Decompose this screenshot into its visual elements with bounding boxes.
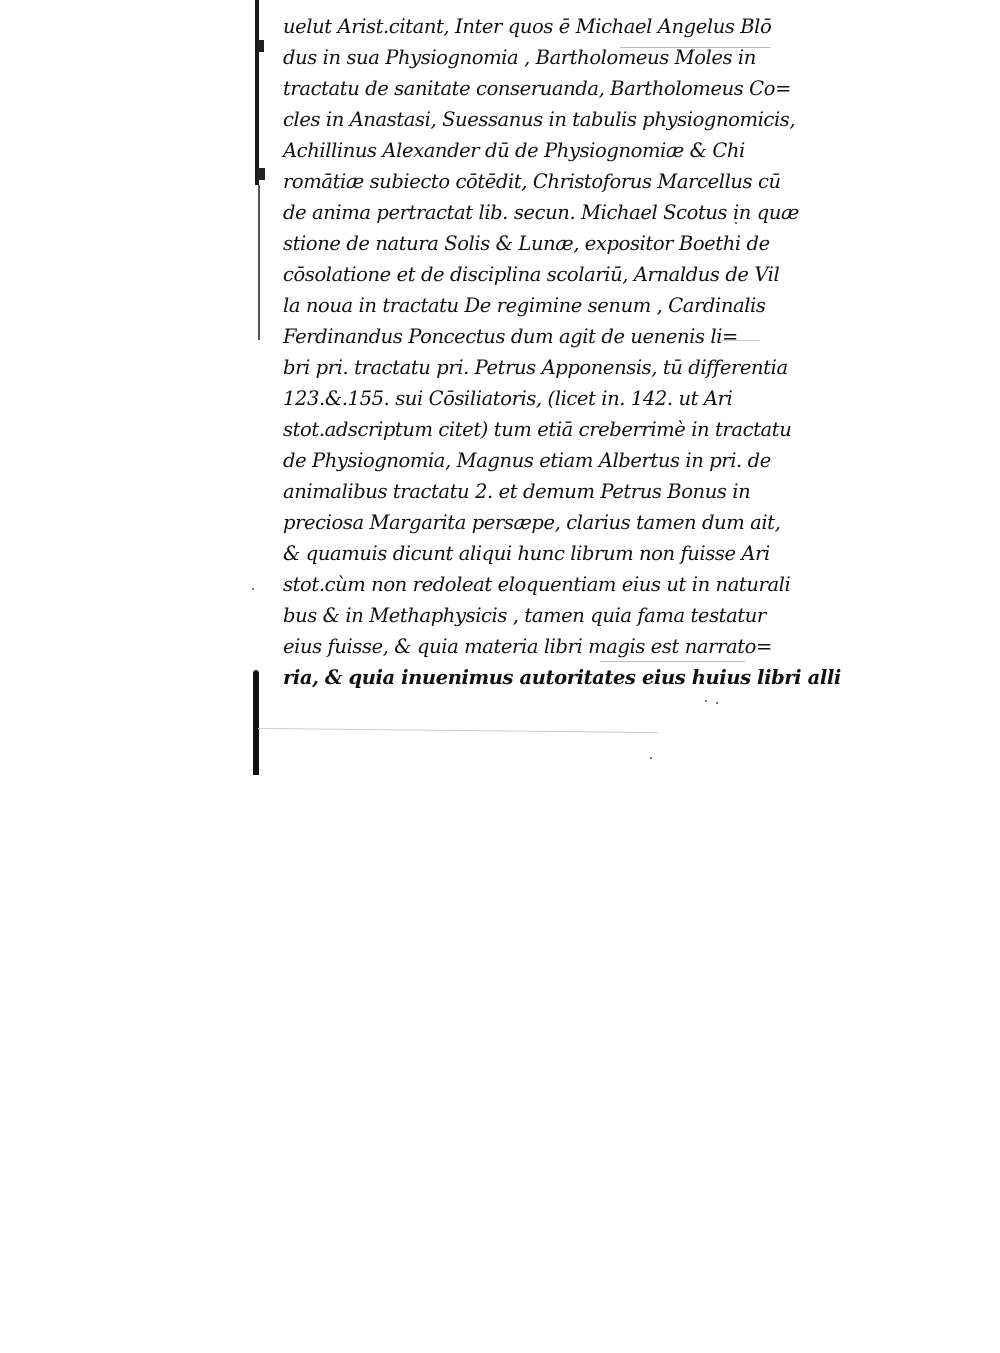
text-line: de Physiognomia, Magnus etiam Albertus i…: [283, 446, 771, 476]
text-line: stot.cùm non redoleat eloquentiam eius u…: [283, 570, 790, 600]
text-line: dus in sua Physiognomia , Bartholomeus M…: [283, 43, 756, 73]
text-line: de anima pertractat lib. secun. Michael …: [283, 198, 799, 228]
text-line: bus & in Methaphysicis , tamen quia fama…: [283, 601, 766, 631]
text-line: tractatu de sanitate conseruanda, Bartho…: [283, 74, 791, 104]
scan-speck: [716, 702, 718, 704]
text-line: la noua in tractatu De regimine senum , …: [283, 291, 765, 321]
text-line: Ferdinandus Poncectus dum agit de ueneni…: [283, 322, 738, 352]
text-line: cōsolatione et de disciplina scolariū, A…: [283, 260, 779, 290]
scan-speck: [705, 700, 707, 702]
text-line: uelut Arist.citant, Inter quos ē Michael…: [283, 12, 771, 42]
page-edge-mark: [258, 40, 264, 52]
text-line: & quamuis dicunt aliqui hunc librum non …: [283, 539, 770, 569]
page-edge-shadow-middle: [258, 185, 260, 340]
text-line: animalibus tractatu 2. et demum Petrus B…: [283, 477, 750, 507]
page-edge-mark: [257, 168, 265, 180]
scan-speck: [252, 588, 254, 590]
text-line: 123.&.155. sui Cōsiliatoris, (licet in. …: [283, 384, 732, 414]
text-line: stot.adscriptum citet) tum etiā creberri…: [283, 415, 791, 445]
text-line: bri pri. tractatu pri. Petrus Apponensis…: [283, 353, 788, 383]
text-line: eius fuisse, & quia materia libri magis …: [283, 632, 772, 662]
text-line: Achillinus Alexander dū de Physiognomiæ …: [283, 136, 745, 166]
page-edge-shadow-top: [255, 0, 259, 185]
text-line: romātiæ subiecto cōtēdit, Christoforus M…: [283, 167, 781, 197]
text-line: cles in Anastasi, Suessanus in tabulis p…: [283, 105, 795, 135]
text-line: preciosa Margarita persæpe, clarius tame…: [283, 508, 780, 538]
scan-speck: [650, 757, 652, 759]
scanned-page: uelut Arist.citant, Inter quos ē Michael…: [0, 0, 1000, 1353]
text-line: ria, & quia inuenimus autoritates eius h…: [283, 663, 841, 693]
page-edge-shadow-bottom: [253, 670, 259, 775]
text-line: stione de natura Solis & Lunæ, expositor…: [283, 229, 770, 259]
scan-artifact-line: [258, 728, 658, 733]
